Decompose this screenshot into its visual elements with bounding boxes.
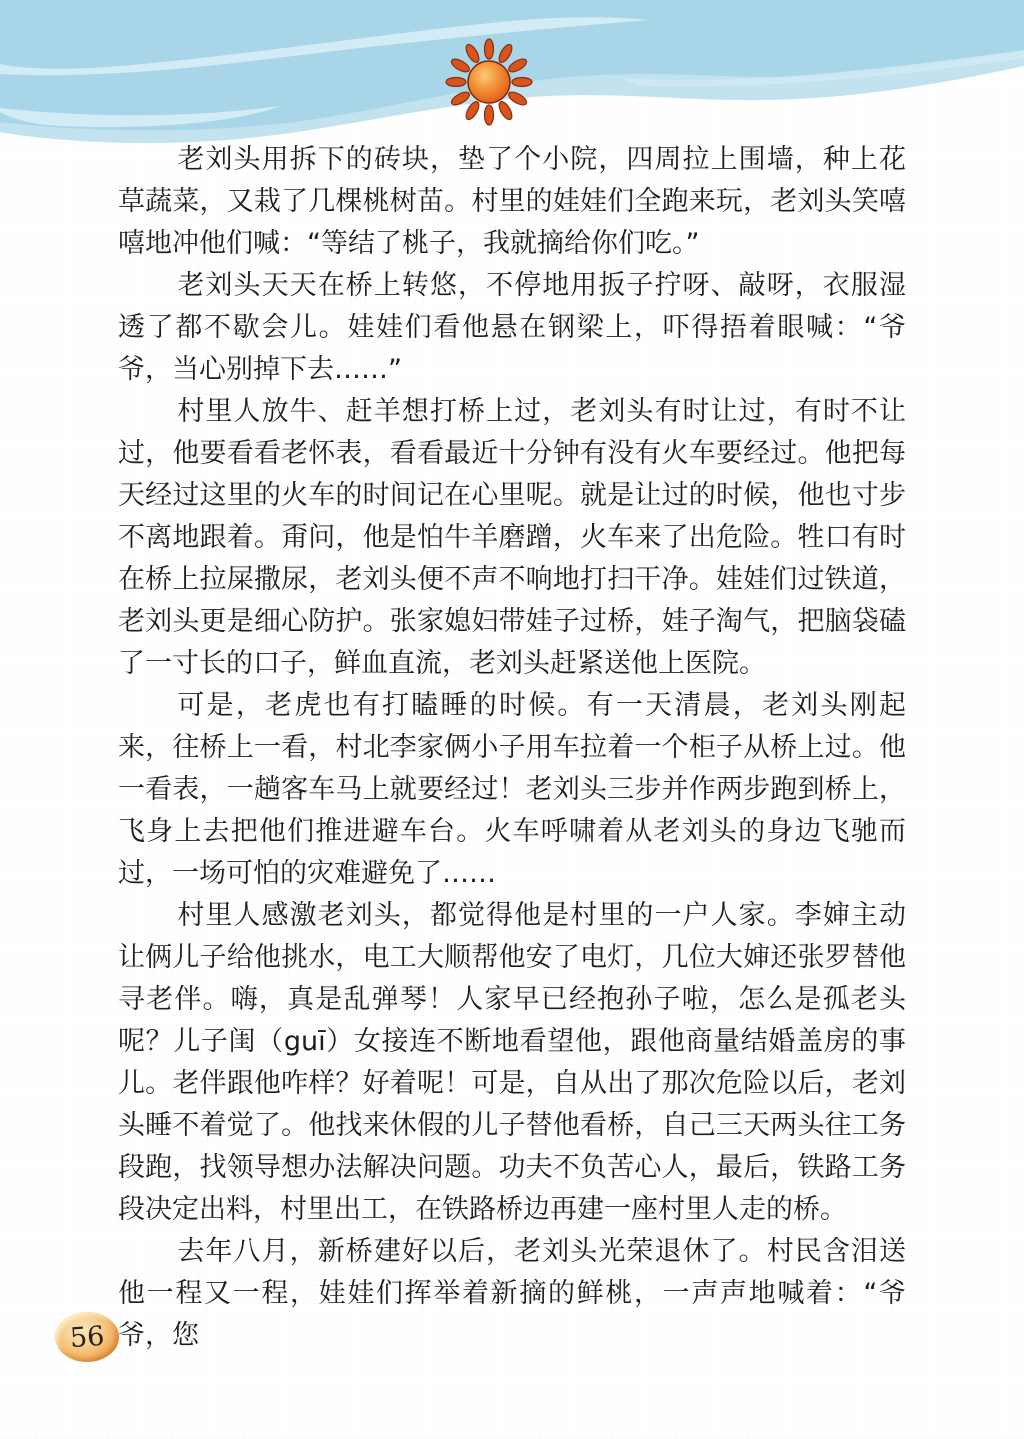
header-wave-decoration: [0, 0, 1024, 150]
sun-core: [468, 61, 510, 103]
story-text: 老刘头用拆下的砖块，垫了个小院，四周拉上围墙，种上花草蔬菜，又栽了几棵桃树苗。村…: [118, 139, 906, 1357]
story-paragraph: 村里人感激老刘头，都觉得他是村里的一户人家。李婶主动让俩儿子给他挑水，电工大顺帮…: [118, 895, 906, 1231]
story-paragraph: 可是，老虎也有打瞌睡的时候。有一天清晨，老刘头刚起来，往桥上一看，村北李家俩小子…: [118, 685, 906, 895]
page-number: 56: [69, 1320, 105, 1353]
story-paragraph: 去年八月，新桥建好以后，老刘头光荣退休了。村民含泪送他一程又一程，娃娃们挥举着新…: [118, 1231, 906, 1357]
story-paragraph: 老刘头用拆下的砖块，垫了个小院，四周拉上围墙，种上花草蔬菜，又栽了几棵桃树苗。村…: [118, 139, 906, 265]
story-paragraph: 村里人放牛、赶羊想打桥上过，老刘头有时让过，有时不让过，他要看看老怀表，看看最近…: [118, 391, 906, 685]
story-paragraph: 老刘头天天在桥上转悠，不停地用扳子拧呀、敲呀，衣服湿透了都不歇会儿。娃娃们看他悬…: [118, 265, 906, 391]
page-number-badge: 56: [55, 1312, 119, 1362]
textbook-page: 老刘头用拆下的砖块，垫了个小院，四周拉上围墙，种上花草蔬菜，又栽了几棵桃树苗。村…: [0, 0, 1024, 1439]
